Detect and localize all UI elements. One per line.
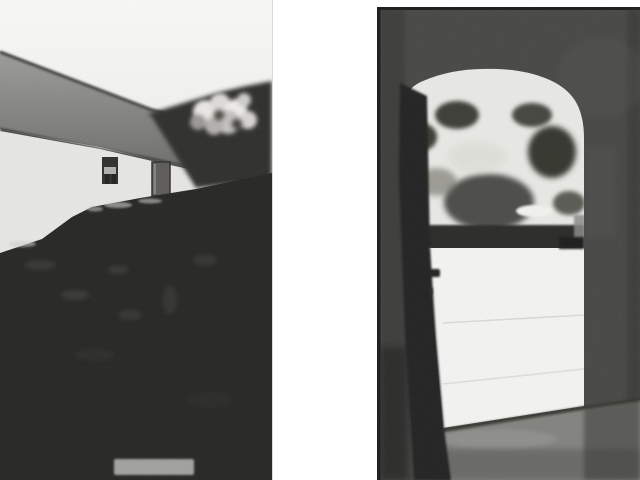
- photo-grain: [377, 7, 640, 480]
- exterior-house-photo: [0, 0, 273, 480]
- exterior-house-photo-canvas: [0, 0, 272, 480]
- photo-grain: [0, 0, 272, 480]
- interior-doorway-photo: [377, 7, 640, 480]
- interior-doorway-photo-canvas: [377, 7, 640, 480]
- page: [0, 0, 640, 480]
